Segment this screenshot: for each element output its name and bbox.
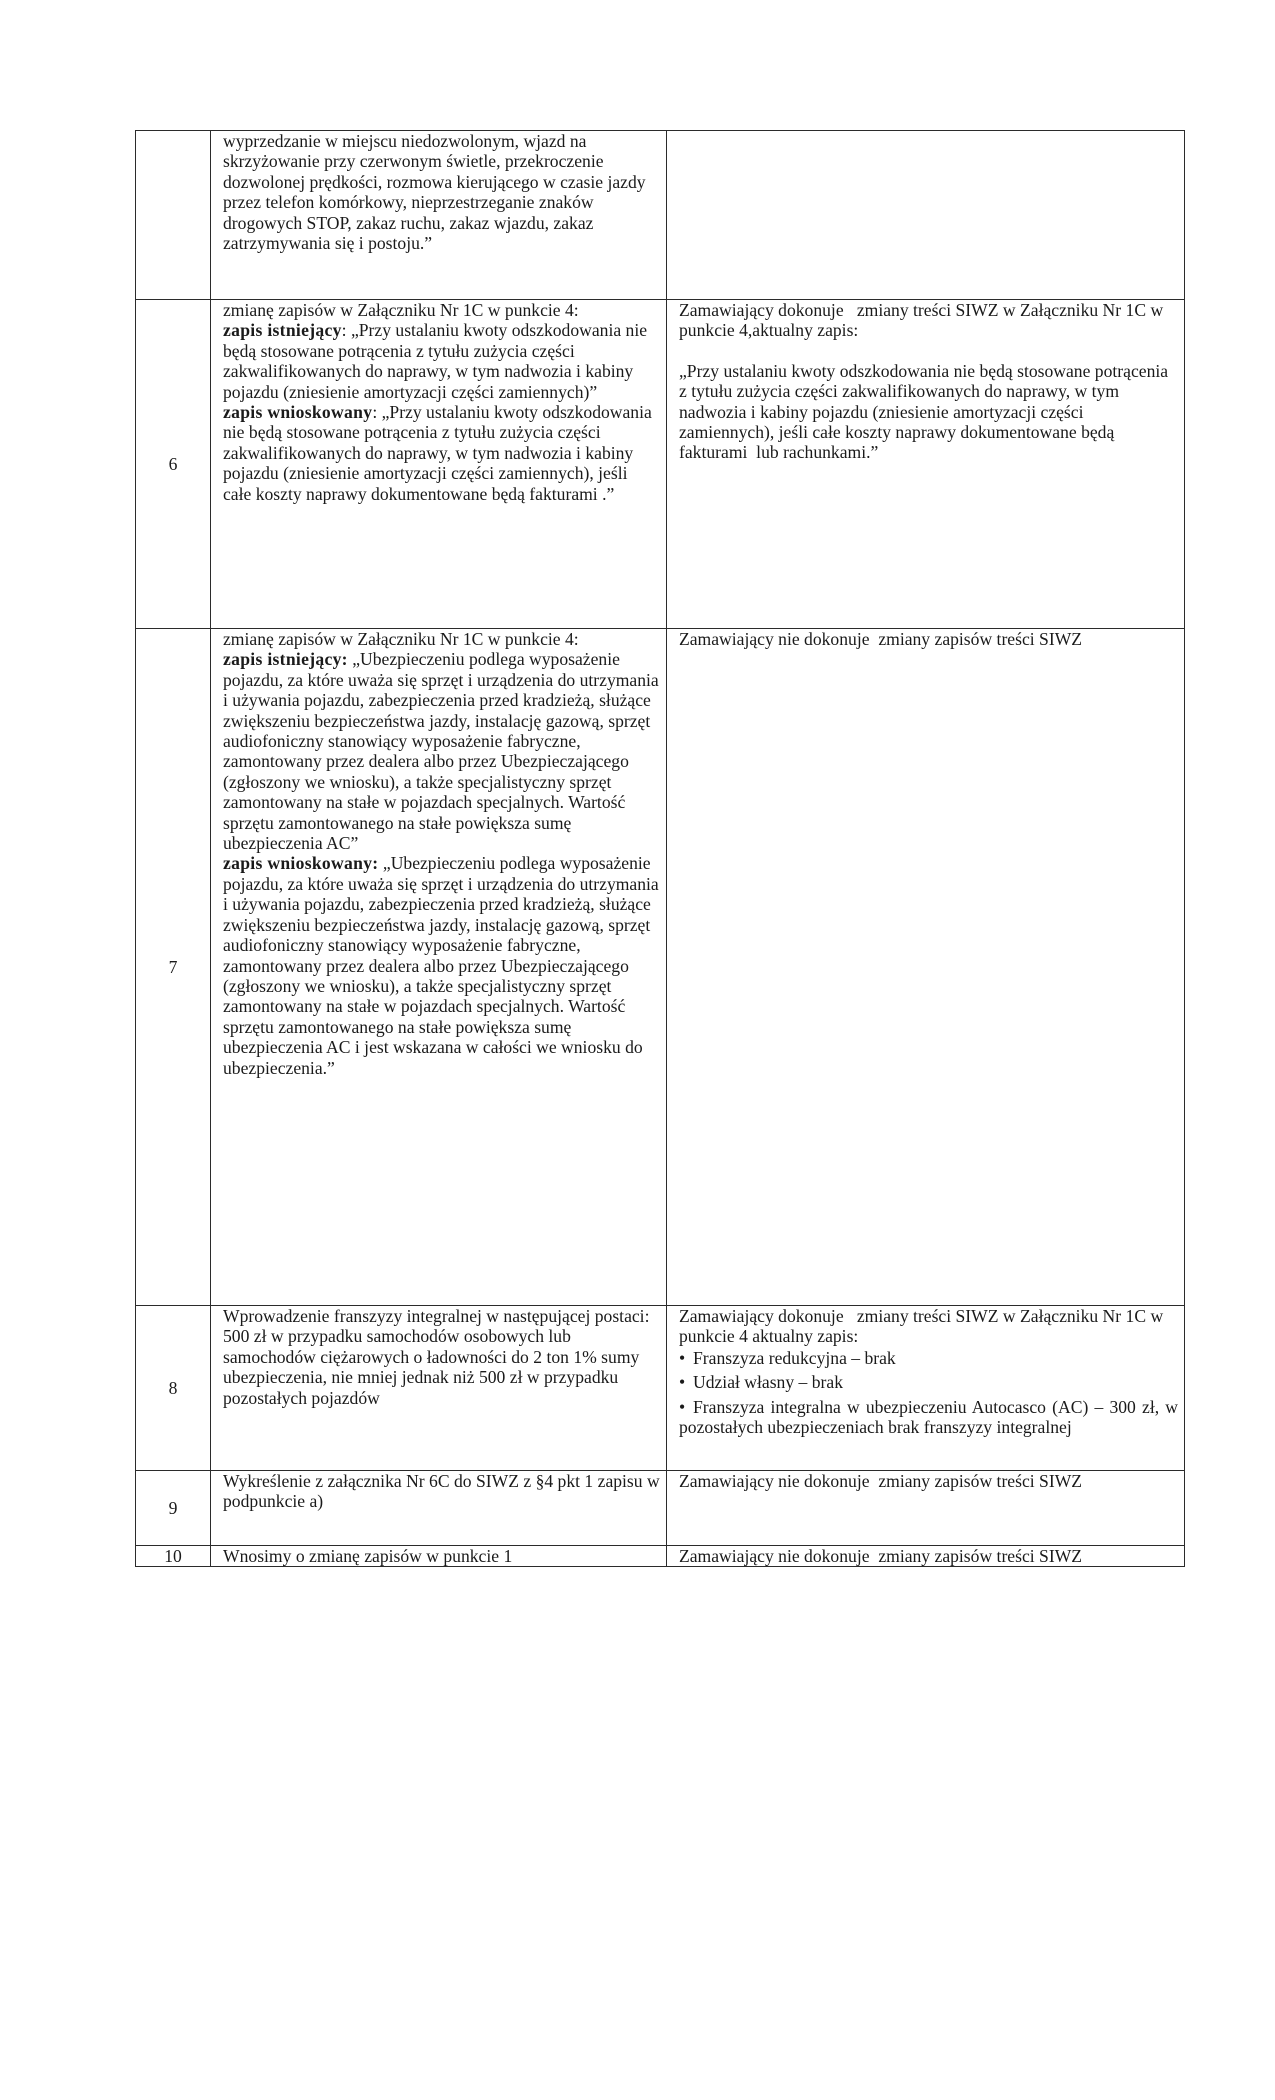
existing-label: zapis istniejący: — [223, 649, 348, 669]
request-text: wyprzedzanie w miejscu niedozwolonym, wj… — [223, 131, 660, 253]
bullet-item: •Udział własny – brak — [679, 1372, 1178, 1392]
answer-cell: Zamawiający nie dokonuje zmiany zapisów … — [667, 629, 1185, 1306]
bullet-item: •Franszyza integralna w ubezpieczeniu Au… — [679, 1397, 1178, 1438]
row-number: 6 — [136, 300, 211, 629]
row-number: 7 — [136, 629, 211, 1306]
answer-cell: Zamawiający dokonuje zmiany treści SIWZ … — [667, 300, 1185, 629]
proposed-clause: zapis wnioskowany: „Przy ustalaniu kwoty… — [223, 402, 660, 504]
bullet-icon: • — [679, 1397, 693, 1417]
answer-text: Zamawiający nie dokonuje zmiany zapisów … — [679, 1471, 1178, 1491]
table-row-9: 9 Wykreślenie z załącznika Nr 6C do SIWZ… — [136, 1471, 1185, 1546]
table-row-6: 6 zmianę zapisów w Załączniku Nr 1C w pu… — [136, 300, 1185, 629]
table-row-10: 10 Wnosimy o zmianę zapisów w punkcie 1 … — [136, 1546, 1185, 1567]
bullet-icon: • — [679, 1372, 693, 1392]
request-intro: zmianę zapisów w Załączniku Nr 1C w punk… — [223, 629, 660, 649]
request-cell: zmianę zapisów w Załączniku Nr 1C w punk… — [211, 629, 667, 1306]
request-text: Wykreślenie z załącznika Nr 6C do SIWZ z… — [223, 1471, 660, 1512]
table-row-8: 8 Wprowadzenie franszyzy integralnej w n… — [136, 1306, 1185, 1471]
existing-clause: zapis istniejący: „Przy ustalaniu kwoty … — [223, 320, 660, 402]
answer-text: Zamawiający nie dokonuje zmiany zapisów … — [679, 629, 1178, 649]
answer-text: Zamawiający nie dokonuje zmiany zapisów … — [679, 1546, 1178, 1566]
existing-text: „Ubezpieczeniu podlega wyposażenie pojaz… — [223, 649, 663, 853]
answer-cell: Zamawiający nie dokonuje zmiany zapisów … — [667, 1471, 1185, 1546]
answer-intro: Zamawiający dokonuje zmiany treści SIWZ … — [679, 1306, 1178, 1347]
table-row-continuation: wyprzedzanie w miejscu niedozwolonym, wj… — [136, 131, 1185, 300]
row-number: 10 — [136, 1546, 211, 1567]
request-cell: Wykreślenie z załącznika Nr 6C do SIWZ z… — [211, 1471, 667, 1546]
answer-cell — [667, 131, 1185, 300]
proposed-clause: zapis wnioskowany: „Ubezpieczeniu podleg… — [223, 853, 660, 1077]
request-text: Wprowadzenie franszyzy integralnej w nas… — [223, 1306, 660, 1408]
answer-cell: Zamawiający nie dokonuje zmiany zapisów … — [667, 1546, 1185, 1567]
existing-clause: zapis istniejący: „Ubezpieczeniu podlega… — [223, 649, 660, 853]
request-intro: zmianę zapisów w Załączniku Nr 1C w punk… — [223, 300, 660, 320]
request-cell: wyprzedzanie w miejscu niedozwolonym, wj… — [211, 131, 667, 300]
request-text: Wnosimy o zmianę zapisów w punkcie 1 — [223, 1546, 660, 1566]
proposed-text: „Ubezpieczeniu podlega wyposażenie pojaz… — [223, 853, 663, 1077]
row-number — [136, 131, 211, 300]
row-number: 8 — [136, 1306, 211, 1471]
answer-intro: Zamawiający dokonuje zmiany treści SIWZ … — [679, 300, 1178, 341]
request-cell: Wnosimy o zmianę zapisów w punkcie 1 — [211, 1546, 667, 1567]
answer-cell: Zamawiający dokonuje zmiany treści SIWZ … — [667, 1306, 1185, 1471]
proposed-label: zapis wnioskowany — [223, 402, 372, 422]
bullet-icon: • — [679, 1348, 693, 1368]
bullet-item: •Franszyza redukcyjna – brak — [679, 1348, 1178, 1368]
table-row-7: 7 zmianę zapisów w Załączniku Nr 1C w pu… — [136, 629, 1185, 1306]
answer-bullet-list: •Franszyza redukcyjna – brak •Udział wła… — [679, 1348, 1178, 1438]
proposed-label: zapis wnioskowany: — [223, 853, 378, 873]
answer-quote: „Przy ustalaniu kwoty odszkodowania nie … — [679, 361, 1178, 463]
request-cell: Wprowadzenie franszyzy integralnej w nas… — [211, 1306, 667, 1471]
request-cell: zmianę zapisów w Załączniku Nr 1C w punk… — [211, 300, 667, 629]
existing-label: zapis istniejący — [223, 320, 342, 340]
row-number: 9 — [136, 1471, 211, 1546]
questions-answers-table: wyprzedzanie w miejscu niedozwolonym, wj… — [135, 130, 1185, 1567]
